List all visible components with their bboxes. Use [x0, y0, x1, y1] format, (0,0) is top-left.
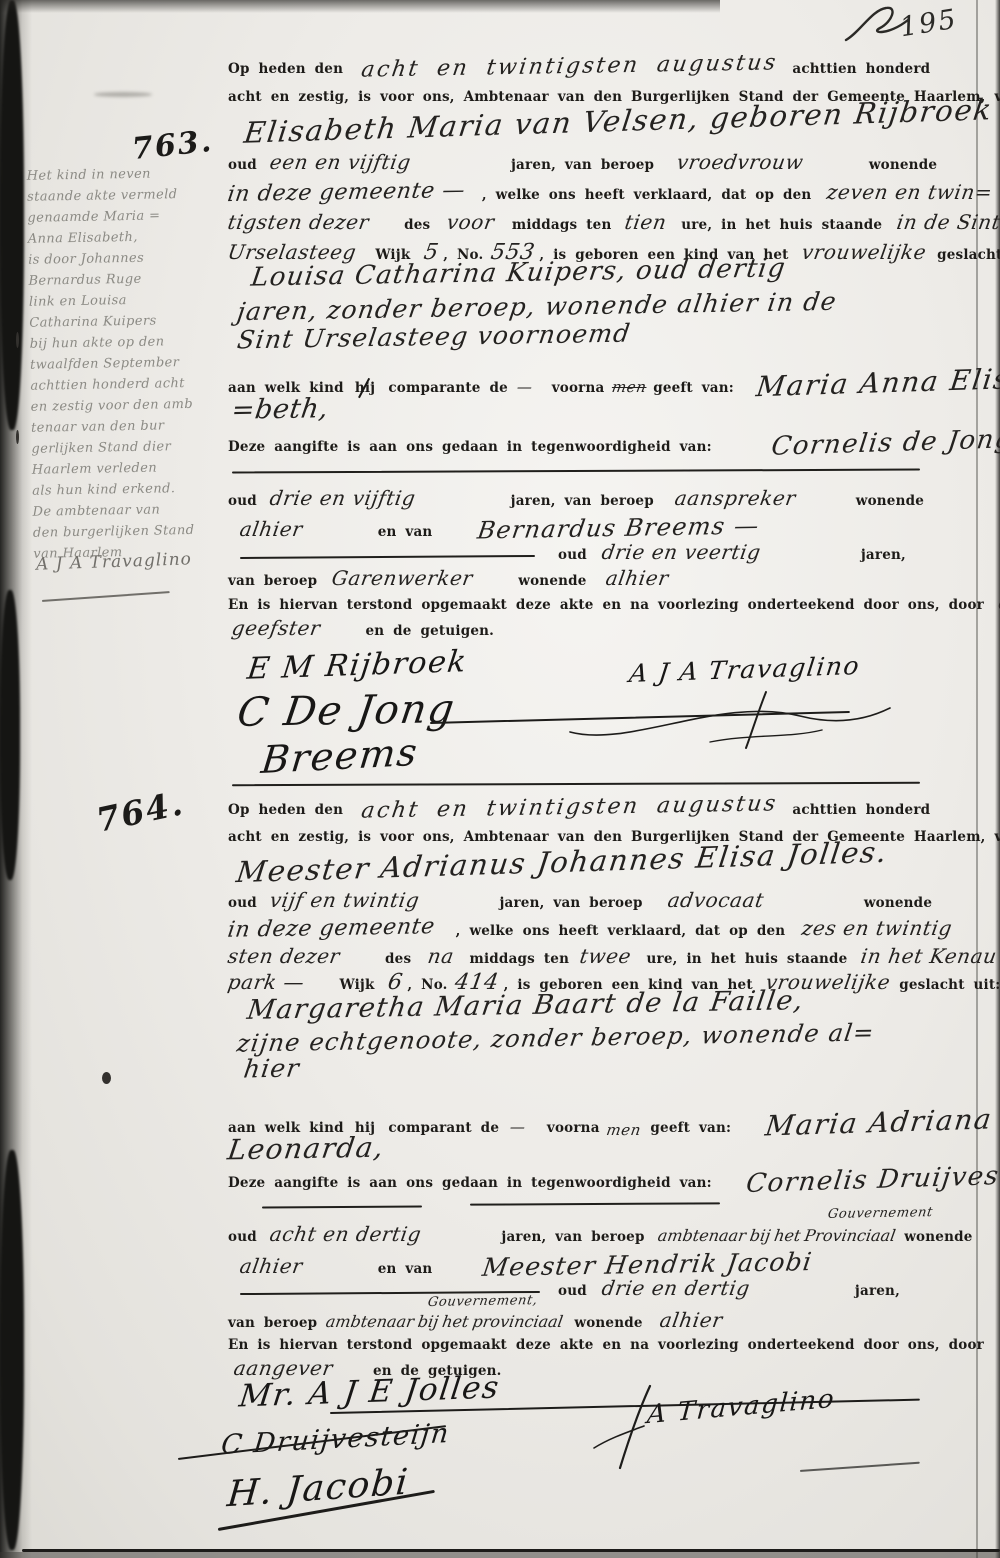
form-text: geeft van: — [653, 380, 734, 396]
struck-pronoun: hij — [355, 380, 375, 396]
form-text: jaren, van beroep — [511, 157, 654, 173]
act2-line-witness-intro: Deze aangifte is aan ons gedaan in tegen… — [228, 1164, 1000, 1194]
act1-line-residence: in deze gemeente — , welke ons heeft ver… — [228, 180, 992, 205]
hw-witness1-residence: alhier — [238, 1254, 304, 1278]
form-text: En is hiervan terstond opgemaakt deze ak… — [228, 1337, 984, 1353]
act2-line-witness2-occ: van beroep ambtenaar bij het provinciaal… — [228, 1308, 722, 1332]
form-text: wonende — [869, 157, 937, 173]
form-text: oud — [558, 547, 587, 563]
form-text: oud — [228, 895, 257, 911]
signature-witness2: H. Jacobi — [225, 1462, 410, 1515]
form-text: voorna — [547, 1120, 600, 1136]
form-text: van beroep — [228, 1315, 317, 1331]
binding-shadow — [0, 0, 24, 430]
act2-line-residence: in deze gemeente , welke ons heeft verkl… — [228, 916, 953, 941]
hw-birth-day: zes en twintig — [800, 916, 954, 940]
act1-line-witness2: alhier en van Bernardus Breems — — [240, 514, 759, 542]
form-text: oud — [228, 1229, 257, 1245]
act1-margin-note: Het kind in neven staande akte vermeld g… — [27, 162, 234, 564]
form-text: ure, in het huis staande — [681, 217, 882, 233]
hw-age: vijf en twintig — [268, 888, 421, 912]
act1-line-intro1: Op heden den acht en twintigsten augustu… — [228, 54, 930, 79]
scan-bottom-shadow — [0, 1552, 1000, 1558]
act1-line-closing: En is hiervan terstond opgemaakt deze ak… — [228, 590, 1000, 614]
hw-men-suffix: men — [610, 378, 647, 396]
hw-child-names-cont: Leonarda, — [225, 1131, 386, 1167]
form-text: en van — [378, 1261, 433, 1277]
form-text: Deze aangifte is aan ons gedaan in tegen… — [228, 1175, 712, 1191]
act1-line-mother1: Louisa Catharina Kuipers, oud dertig — [252, 258, 785, 288]
hw-date: acht en twintigsten augustus — [360, 50, 780, 82]
form-text: wonende — [864, 895, 932, 911]
ink-speck — [16, 430, 19, 444]
hw-witness2-age: drie en veertig — [600, 540, 763, 564]
form-text: geeft van: — [650, 1120, 731, 1136]
act2-line-mother1: Margaretha Maria Baart de la Faille, — [248, 990, 803, 1021]
hw-birth-day-cont: tigsten dezer — [226, 210, 371, 234]
form-text: jaren, van beroep — [501, 1229, 644, 1245]
ink-speck — [16, 332, 19, 348]
signature-official: A J A Travaglino — [628, 651, 862, 688]
form-text: oud — [228, 157, 257, 173]
act1-line-mother3: Sint Urselasteeg voornoemd — [238, 322, 630, 351]
scan-top-shadow — [0, 0, 720, 13]
act2-line-witness1: oud acht en dertig jaren, van beroep amb… — [228, 1222, 973, 1246]
hw-mother-name: Louisa Catharina Kuipers, oud dertig — [249, 253, 788, 292]
form-text: wonende — [856, 493, 924, 509]
form-text: , welke ons heeft verklaard, dat op den — [482, 187, 812, 203]
form-text: Deze aangifte is aan ons gedaan in tegen… — [228, 439, 712, 455]
hw-age: een en vijftig — [268, 150, 413, 174]
hw-mother-details-cont: hier — [242, 1054, 302, 1084]
hw-witness1-age: acht en dertig — [268, 1222, 423, 1246]
handdrawn-rule — [470, 1202, 720, 1205]
margin-signature-flourish — [42, 591, 170, 602]
hw-witness2-age: drie en dertig — [600, 1276, 752, 1300]
form-text: geslacht uit: — [899, 977, 1000, 993]
form-text: des — [385, 951, 411, 967]
form-text: wonende — [518, 573, 586, 589]
act1-line-closing2: geefster en de getuigen. — [232, 616, 494, 640]
hw-mother-details-cont: Sint Urselasteeg voornoemd — [235, 319, 632, 355]
official-paraph-flourish — [560, 690, 900, 752]
form-text: oud — [228, 493, 257, 509]
act2-line-time: sten dezer des na middags ten twee ure, … — [228, 944, 996, 968]
hw-men-suffix: men — [605, 1121, 642, 1139]
hw-witness2-residence: alhier — [658, 1308, 724, 1332]
form-text: jaren, van beroep — [499, 895, 642, 911]
form-text: comparant de — [388, 1120, 499, 1136]
act1-number: 763. — [130, 124, 214, 167]
hw-child-names: Maria Anna Elisa — [754, 362, 1000, 403]
act1-line-declarant: Elisabeth Maria van Velsen, geboren Rijb… — [246, 104, 991, 138]
hw-hour: tien — [623, 210, 668, 234]
form-text: En is hiervan terstond opgemaakt deze ak… — [228, 597, 984, 613]
act2-line-mother3: hier — [244, 1054, 300, 1083]
act2-line-closing: En is hiervan terstond opgemaakt deze ak… — [228, 1330, 1000, 1354]
hw-witness1-occupation: aanspreker — [673, 486, 798, 510]
form-text: comparante de — [388, 380, 508, 396]
hw-witness2-residence: alhier — [604, 566, 670, 590]
form-text: jaren, — [861, 547, 906, 563]
ink-speck — [102, 1072, 111, 1084]
signature-witness1: C De Jong — [234, 686, 458, 736]
form-text: middags ten — [512, 217, 612, 233]
form-text: voorna — [552, 380, 605, 396]
hw-birth-day-cont: sten dezer — [226, 944, 342, 968]
hw-gender: vrouwelijke — [800, 240, 928, 264]
form-text: des — [404, 217, 430, 233]
hw-filler-dash: — — [509, 1118, 527, 1136]
act-divider-rule — [232, 782, 920, 786]
form-text: en van — [378, 524, 433, 540]
act2-line-age-occupation: oud vijf en twintig jaren, van beroep ad… — [228, 888, 932, 912]
form-text: achttien honderd — [792, 61, 930, 77]
act1-line-childname: aan welk kind hij comparante de — voorna… — [228, 366, 1000, 399]
act2-line-mother2: zijne echtgenoote, zonder beroep, wonend… — [238, 1024, 874, 1052]
hw-child-names-cont: =beth, — [230, 393, 331, 426]
act1-line-witness-intro: Deze aangifte is aan ons gedaan in tegen… — [228, 428, 1000, 458]
hw-occupation: advocaat — [666, 888, 766, 912]
hw-birth-day: zeven en twin= — [825, 180, 994, 204]
act2-line-witness2: alhier en van Meester Hendrik Jacobi — [240, 1250, 811, 1279]
hw-daypart: voor — [446, 210, 497, 234]
form-text: van beroep — [228, 573, 317, 589]
act1-line-witness2-age: oud drie en veertig jaren, — [558, 540, 906, 564]
act1-line-time: tigsten dezer des voor middags ten tien … — [228, 210, 1000, 234]
signature-declarant: E M Rijbroek — [245, 644, 469, 687]
hw-superscript-gouvernement: Gouvernement — [827, 1205, 934, 1222]
act1-line-witness2-occ: van beroep Garenwerker wonende alhier — [228, 566, 668, 590]
hw-house-address: in het Kenau — [859, 944, 999, 968]
act2-line-childname2: Leonarda, — [228, 1132, 384, 1165]
form-text: achttien honderd — [792, 802, 930, 818]
hw-occupation: vroedvrouw — [675, 150, 805, 174]
hw-witness1-name: Cornelis Druijvesteijn — [744, 1159, 1000, 1199]
form-text: Op heden den — [228, 802, 343, 818]
act2-line-witness2-age: oud drie en dertig jaren, — [558, 1276, 900, 1300]
binding-shadow — [0, 1150, 24, 1550]
hw-house-address: in de Sint — [895, 210, 1000, 234]
hw-witness2-occupation: ambtenaar bij het provinciaal — [325, 1312, 565, 1331]
act1-line-childname2: =beth, — [232, 394, 328, 425]
act2-number: 764. — [93, 783, 188, 840]
register-page-scan: 195 763. Het kind in neven staande akte … — [0, 0, 1000, 1558]
ink-smudge — [94, 92, 152, 97]
form-text: , welke ons heeft verklaard, dat op den — [456, 923, 786, 939]
hw-witness2-occupation: Garenwerker — [330, 566, 475, 590]
hw-daypart: na — [426, 944, 456, 968]
handdrawn-rule — [232, 468, 920, 473]
act1-line-mother2: jaren, zonder beroep, wonende alhier in … — [238, 292, 836, 321]
hw-mother-details: zijne echtgenoote, zonder beroep, wonend… — [235, 1018, 876, 1057]
hw-mother-name: Margaretha Maria Baart de la Faille, — [245, 985, 806, 1026]
hw-child-names: Maria Adriana — [764, 1102, 995, 1142]
hw-witness1-name: Cornelis de Jong — [769, 424, 1000, 462]
hw-hour: twee — [578, 944, 633, 968]
hw-filler-dash: — — [516, 378, 534, 396]
hw-witness1-age: drie en vijftig — [268, 486, 417, 510]
act1-line-age-occupation: oud een en vijftig jaren, van beroep vro… — [228, 150, 937, 174]
handdrawn-rule — [240, 555, 535, 559]
binding-shadow — [0, 590, 20, 880]
handdrawn-rule — [262, 1205, 422, 1208]
hw-date: acht en twintigsten augustus — [360, 791, 780, 823]
form-text: ure, in het huis staande — [647, 951, 848, 967]
official-paraph-flourish — [580, 1382, 700, 1472]
form-text: wonende — [574, 1315, 642, 1331]
form-text: geslacht uit: — [937, 247, 1000, 263]
hw-closing-cont: geefster — [230, 616, 322, 640]
act1-line-witness1: oud drie en vijftig jaren, van beroep aa… — [228, 486, 924, 510]
signature-witness2: Breems — [259, 730, 420, 782]
form-text: middags ten — [469, 951, 569, 967]
form-text: oud — [558, 1283, 587, 1299]
form-text: en de getuigen. — [365, 623, 494, 639]
hw-residence: in deze gemeente — — [226, 178, 467, 207]
hw-residence: in deze gemeente — [226, 914, 437, 943]
form-text: Op heden den — [228, 61, 343, 77]
margin-official-signature: A J A Travaglino — [36, 549, 192, 574]
act2-line-declarant: Meester Adrianus Johannes Elisa Jolles. — [238, 845, 886, 879]
form-text: wonende — [904, 1229, 972, 1245]
form-text: jaren, van beroep — [511, 493, 654, 509]
signature-flourish — [800, 1462, 920, 1472]
hw-witness1-residence: alhier — [238, 517, 304, 541]
hw-witness1-occupation: ambtenaar bij het Provinciaal — [656, 1226, 896, 1245]
act2-line-intro1: Op heden den acht en twintigsten augustu… — [228, 795, 930, 820]
form-text: jaren, — [855, 1283, 900, 1299]
